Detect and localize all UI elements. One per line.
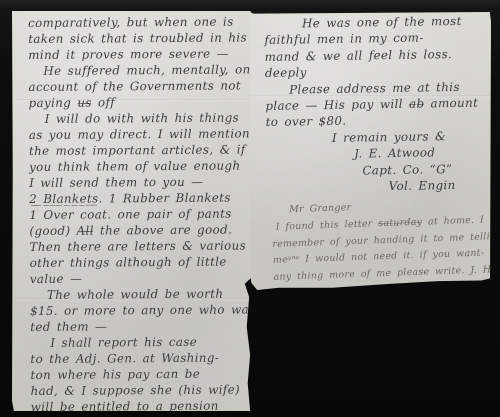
manuscript-line: Vol. Engin (267, 177, 489, 197)
right-page-text: He was one of the mostfaithful men in my… (264, 13, 490, 288)
letter-photo: comparatively, but when one istaken sick… (0, 0, 500, 417)
manuscript-line: ted them — (30, 317, 252, 335)
pencil-note: Mr GrangerI found this letter s̶a̶t̶u̶r̶… (271, 196, 499, 288)
manuscript-line: The whole would be worth (30, 285, 252, 303)
manuscript-line: value — (30, 269, 252, 287)
manuscript-line: I will send them to you — (29, 173, 251, 191)
manuscript-line: ton where his pay can be (30, 365, 252, 383)
left-page: comparatively, but when one istaken sick… (12, 11, 253, 411)
manuscript-line: other things although of little (30, 253, 252, 271)
right-page: He was one of the mostfaithful men in my… (250, 12, 491, 290)
manuscript-line: taken sick that is troubled in his (28, 29, 250, 47)
manuscript-line: the most important articles, & if (29, 141, 251, 159)
manuscript-line: (good) A̶l̶l̶ the above are good. (29, 221, 251, 239)
manuscript-line: 2̲ ̲B̲l̲a̲n̲k̲e̲t̲s̲. 1 Rubber Blankets (29, 189, 251, 207)
left-page-text: comparatively, but when one istaken sick… (28, 13, 253, 415)
manuscript-line: will be entitled to a pension (31, 397, 253, 415)
manuscript-line: mind it proves more severe — (28, 45, 250, 63)
manuscript-line: paying u̶s̶ off (29, 93, 251, 111)
manuscript-line: 1 Over coat. one pair of pants (29, 205, 251, 223)
manuscript-line: He suffered much, mentally, on (28, 61, 250, 79)
manuscript-line: Then there are letters & various (30, 237, 252, 255)
manuscript-line: $15. or more to any one who wan (30, 301, 252, 319)
manuscript-line: to the Adj. Gen. at Washing- (30, 349, 252, 367)
manuscript-line: you think them of value enough (29, 157, 251, 175)
manuscript-line: I shall report his case (30, 333, 252, 351)
manuscript-line: had, & I suppose she (his wife) (31, 381, 253, 399)
manuscript-line: I will do with with his things (29, 109, 251, 127)
manuscript-line: as you may direct. I will mention (29, 125, 251, 143)
manuscript-line: comparatively, but when one is (28, 13, 250, 31)
letter-body: He was one of the mostfaithful men in my… (264, 13, 489, 197)
manuscript-line: account of the Governments not (28, 77, 250, 95)
